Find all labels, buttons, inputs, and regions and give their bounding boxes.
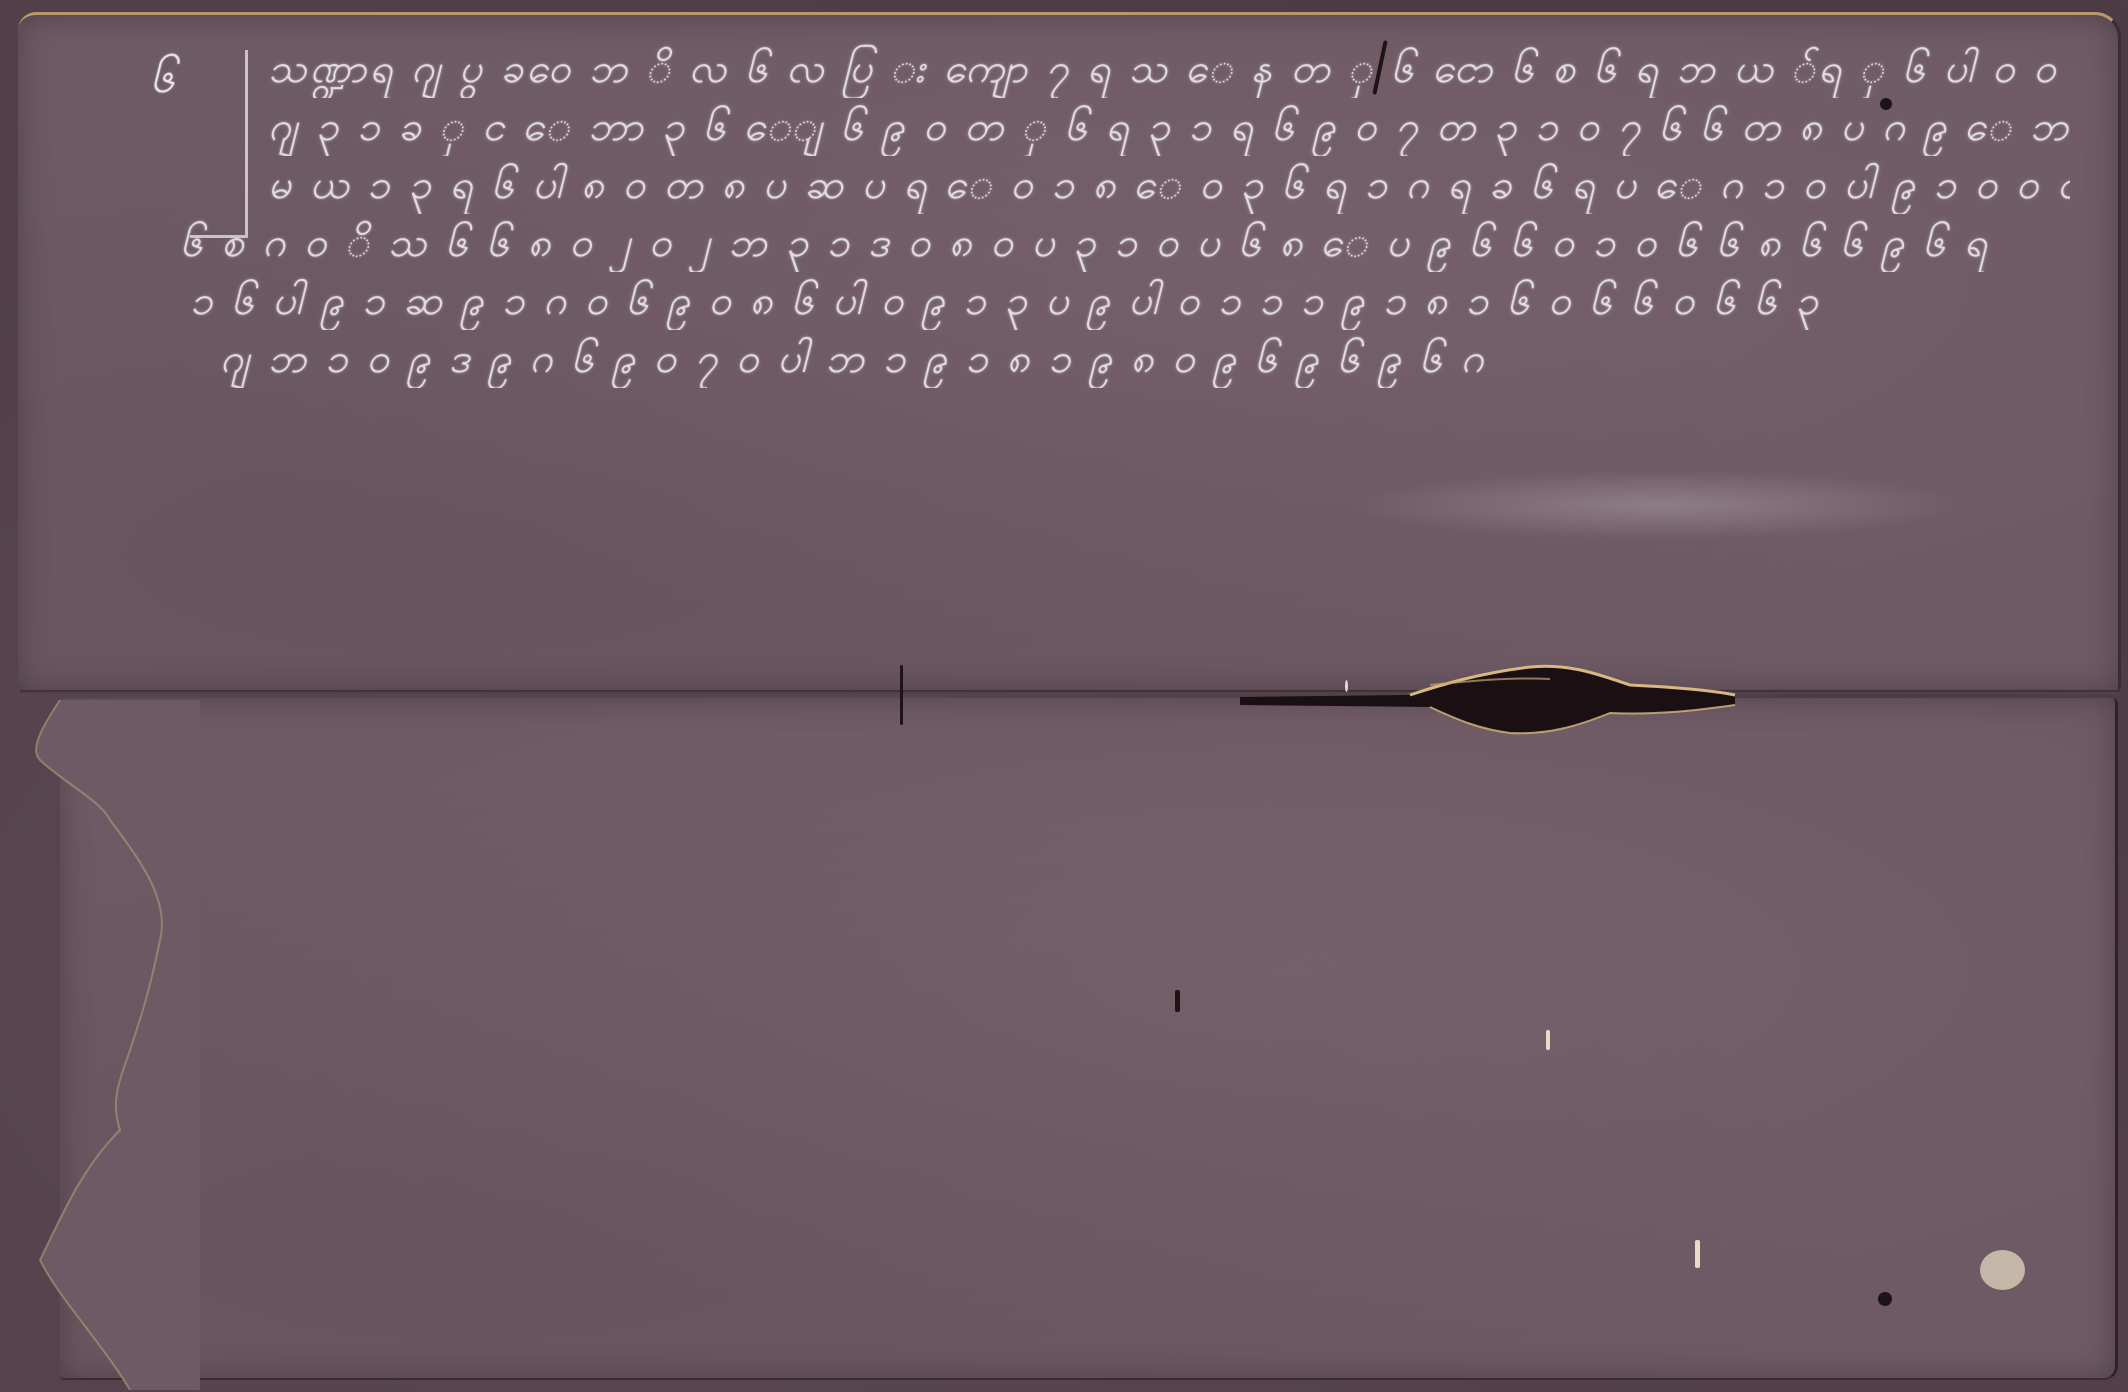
wormhole bbox=[1878, 1292, 1892, 1306]
torn-edge-lower-left bbox=[0, 700, 200, 1390]
manuscript-line: မ ယ ၁ ၃ ရ ၆ ပါ ၈ ၀ တ ၈ ပ ဆ ပ ရ ေ ၀ ၁ ၈ ေ… bbox=[268, 156, 2070, 214]
manuscript-text-block: သဏ္ဍာရ ဂျ ပွ ခဝေ ဘ ိ လ ၆ လ ပြ း ကျော ၇ ရ… bbox=[240, 40, 2070, 388]
crack-mark bbox=[900, 665, 903, 725]
pale-stain bbox=[1980, 1250, 2025, 1290]
wormhole bbox=[1880, 98, 1892, 110]
fiber-fleck bbox=[1546, 1030, 1550, 1050]
tear-along-fold bbox=[1230, 655, 1750, 745]
manuscript-line: ၆ စ ဂ ၀ ိ သ ၆ ၆ ၈ ၀ ၂ ၀ ၂ ဘ ၃ ၁ ဒ ၀ ၈ ၀ … bbox=[180, 214, 2070, 272]
manuscript-panel-lower bbox=[60, 698, 2118, 1380]
fold-crease bbox=[20, 690, 2120, 694]
manuscript-line: ဂျ ဘ ၁ ၀ ၉ ဒ ၉ ဂ ၆ ၉ ၀ ၇ ၀ ပါ ဘ ၁ ၉ ၁ ၈ … bbox=[220, 330, 1640, 388]
fiber-fleck bbox=[1695, 1240, 1700, 1268]
chalk-smudge bbox=[1350, 470, 1970, 540]
fiber-fleck bbox=[1345, 680, 1348, 692]
page-marker: ၆ bbox=[150, 50, 175, 114]
manuscript-line: သဏ္ဍာရ ဂျ ပွ ခဝေ ဘ ိ လ ၆ လ ပြ း ကျော ၇ ရ… bbox=[268, 40, 2070, 98]
manuscript-line: ၁ ၆ ပါ ၉ ၁ ဆ ၉ ၁ ဂ ၀ ၆ ၉ ၀ ၈ ၆ ပါ ၀ ၉ ၁ … bbox=[190, 272, 2070, 330]
manuscript-line: ဂျ ၃ ၁ ခ ှ င ေ ဘာ ၃ ၆ ေျ ၆ ၉ ၀ တ ှ ၆ ရ ၃… bbox=[268, 98, 2070, 156]
crack-mark bbox=[1175, 990, 1180, 1012]
